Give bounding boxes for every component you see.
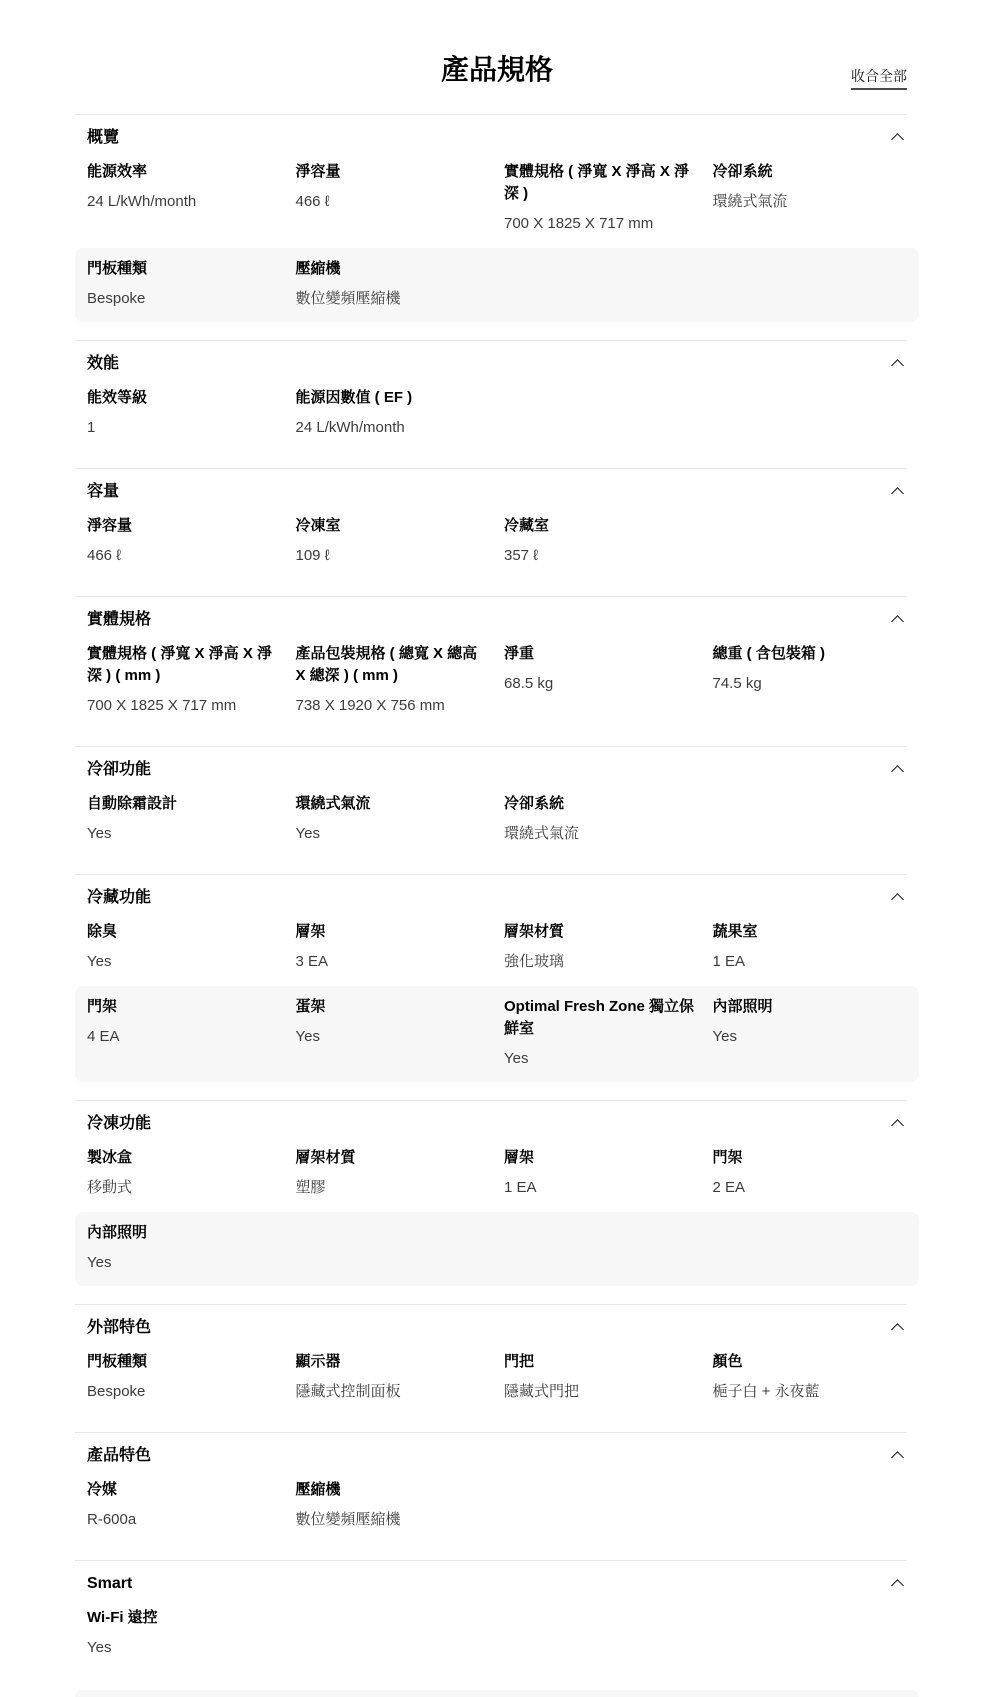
spec-label: 能效等級 [87, 387, 282, 409]
spec-label: 門板種類 [87, 1351, 282, 1373]
spec-label: 除臭 [87, 921, 282, 943]
table-row: 門板種類 Bespoke 顯示器 隱藏式控制面板 門把 隱藏式門把 顏色 梔子白… [75, 1347, 919, 1414]
spec-cell: Optimal Fresh Zone 獨立保鮮室 Yes [504, 996, 699, 1069]
spec-value: 梔子白 + 永夜藍 [713, 1381, 908, 1402]
spec-section: 冷卻功能 自動除霜設計 Yes 環繞式氣流 Yes 冷卻系統 環繞式氣流 [75, 746, 919, 874]
table-row: 門板種類 Bespoke 壓縮機 數位變頻壓縮機 [75, 248, 919, 322]
chevron-up-icon[interactable] [892, 1118, 905, 1130]
spec-label: 顏色 [713, 1351, 908, 1373]
chevron-up-icon[interactable] [892, 764, 905, 776]
spec-value: 466 ℓ [87, 545, 282, 566]
spec-cell: 製冰盒 移動式 [87, 1147, 282, 1198]
spec-value: Yes [87, 823, 282, 844]
spec-value: Yes [296, 823, 491, 844]
spec-value: 1 [87, 417, 282, 438]
spec-cell: 層架材質 強化玻璃 [504, 921, 699, 972]
spec-label: 壓縮機 [296, 258, 491, 280]
spec-cell: 能源效率 24 L/kWh/month [87, 161, 282, 234]
table-row: 實體規格 ( 淨寬 X 淨高 X 淨深 ) ( mm ) 700 X 1825 … [75, 639, 919, 728]
spec-label: 層架 [296, 921, 491, 943]
section-header-toggle[interactable]: 冷卻功能 [75, 747, 919, 789]
spec-label: 內部照明 [87, 1222, 282, 1244]
spec-section: 容量 淨容量 466 ℓ 冷凍室 109 ℓ 冷藏室 357 ℓ [75, 468, 919, 596]
spec-value: Yes [713, 1026, 908, 1047]
spec-label: 能源因數值 ( EF ) [296, 387, 491, 409]
spec-label: 層架材質 [504, 921, 699, 943]
spec-label: 壓縮機 [296, 1479, 491, 1501]
spec-label: 淨容量 [87, 515, 282, 537]
spec-cell: Wi-Fi 遠控 Yes [87, 1607, 282, 1658]
table-row: 淨容量 466 ℓ 冷凍室 109 ℓ 冷藏室 357 ℓ [75, 511, 919, 578]
spec-label: 門把 [504, 1351, 699, 1373]
section-rows: 除臭 Yes 層架 3 EA 層架材質 強化玻璃 蔬果室 1 EA 門架 4 E… [75, 917, 919, 1100]
section-title: 冷凍功能 [87, 1113, 151, 1135]
spec-cell: 冷媒 R-600a [87, 1479, 282, 1530]
spec-cell: 壓縮機 數位變頻壓縮機 [296, 1479, 491, 1530]
section-rows: 冷媒 R-600a 壓縮機 數位變頻壓縮機 [75, 1475, 919, 1560]
spec-cell: 環繞式氣流 Yes [296, 793, 491, 844]
section-header-toggle[interactable]: 容量 [75, 469, 919, 511]
spec-label: 層架 [504, 1147, 699, 1169]
spec-value: 數位變頻壓縮機 [296, 288, 491, 309]
spec-label: 淨容量 [296, 161, 491, 183]
spec-cell: 壓縮機 數位變頻壓縮機 [296, 258, 491, 309]
spec-cell: 除臭 Yes [87, 921, 282, 972]
spec-value: 3 EA [296, 951, 491, 972]
spec-cell: 內部照明 Yes [87, 1222, 282, 1273]
spec-value: 700 X 1825 X 717 mm [87, 695, 282, 716]
spec-value: 700 X 1825 X 717 mm [504, 213, 699, 234]
spec-cell: 內部照明 Yes [713, 996, 908, 1069]
table-row: 製冰盒 移動式 層架材質 塑膠 層架 1 EA 門架 2 EA [75, 1143, 919, 1210]
spec-label: 實體規格 ( 淨寬 X 淨高 X 淨深 ) ( mm ) [87, 643, 282, 687]
spec-cell: 實體規格 ( 淨寬 X 淨高 X 淨深 ) 700 X 1825 X 717 m… [504, 161, 699, 234]
spec-label: Optimal Fresh Zone 獨立保鮮室 [504, 996, 699, 1040]
spec-section: 外部特色 門板種類 Bespoke 顯示器 隱藏式控制面板 門把 隱藏式門把 顏… [75, 1304, 919, 1432]
spec-cell: 總重 ( 含包裝箱 ) 74.5 kg [713, 643, 908, 716]
spec-cell: 淨重 68.5 kg [504, 643, 699, 716]
spec-label: 實體規格 ( 淨寬 X 淨高 X 淨深 ) [504, 161, 699, 205]
spec-value: Yes [87, 1252, 282, 1273]
spec-section: 冷凍功能 製冰盒 移動式 層架材質 塑膠 層架 1 EA 門架 2 EA 內部照… [75, 1100, 919, 1304]
spec-cell: 冷卻系統 環繞式氣流 [713, 161, 908, 234]
spec-label: 總重 ( 含包裝箱 ) [713, 643, 908, 665]
spec-section: 冷藏功能 除臭 Yes 層架 3 EA 層架材質 強化玻璃 蔬果室 1 EA 門… [75, 874, 919, 1100]
section-header-toggle[interactable]: Smart [75, 1561, 919, 1603]
spec-label: 產品包裝規格 ( 總寬 X 總高 X 總深 ) ( mm ) [296, 643, 491, 687]
sections-root: 概覽 能源效率 24 L/kWh/month 淨容量 466 ℓ 實體規格 ( … [75, 114, 919, 1688]
section-header-toggle[interactable]: 外部特色 [75, 1305, 919, 1347]
spec-value: Bespoke [87, 288, 282, 309]
spec-value: 塑膠 [296, 1177, 491, 1198]
section-rows: 實體規格 ( 淨寬 X 淨高 X 淨深 ) ( mm ) 700 X 1825 … [75, 639, 919, 746]
spec-cell: 淨容量 466 ℓ [87, 515, 282, 566]
collapse-all-link[interactable]: 收合全部 [851, 67, 907, 90]
spec-cell: 層架材質 塑膠 [296, 1147, 491, 1198]
table-row: 能源效率 24 L/kWh/month 淨容量 466 ℓ 實體規格 ( 淨寬 … [75, 157, 919, 246]
table-row: 除臭 Yes 層架 3 EA 層架材質 強化玻璃 蔬果室 1 EA [75, 917, 919, 984]
spec-value: 數位變頻壓縮機 [296, 1509, 491, 1530]
spec-value: 隱藏式控制面板 [296, 1381, 491, 1402]
section-rows: 製冰盒 移動式 層架材質 塑膠 層架 1 EA 門架 2 EA 內部照明 Yes [75, 1143, 919, 1304]
table-row: 門架 4 EA 蛋架 Yes Optimal Fresh Zone 獨立保鮮室 … [75, 986, 919, 1082]
spec-cell: 冷藏室 357 ℓ [504, 515, 699, 566]
spec-section: 效能 能效等級 1 能源因數值 ( EF ) 24 L/kWh/month [75, 340, 919, 468]
spec-cell: 門板種類 Bespoke [87, 258, 282, 309]
spec-cell: 蛋架 Yes [296, 996, 491, 1069]
section-title: 概覽 [87, 127, 119, 149]
spec-label: 層架材質 [296, 1147, 491, 1169]
page-title: 產品規格 [75, 52, 919, 88]
table-row: 自動除霜設計 Yes 環繞式氣流 Yes 冷卻系統 環繞式氣流 [75, 789, 919, 856]
spec-page: 產品規格 收合全部 概覽 能源效率 24 L/kWh/month 淨容量 466… [75, 0, 919, 1697]
spec-label: 能源效率 [87, 161, 282, 183]
spec-value: 738 X 1920 X 756 mm [296, 695, 491, 716]
spec-value: 68.5 kg [504, 673, 699, 694]
section-header-toggle[interactable]: 產品特色 [75, 1433, 919, 1475]
spec-value: 24 L/kWh/month [296, 417, 491, 438]
spec-cell: 層架 3 EA [296, 921, 491, 972]
spec-cell: 冷卻系統 環繞式氣流 [504, 793, 699, 844]
spec-value: 環繞式氣流 [504, 823, 699, 844]
spec-label: 冷凍室 [296, 515, 491, 537]
section-header-toggle[interactable]: 冷凍功能 [75, 1101, 919, 1143]
section-rows: 淨容量 466 ℓ 冷凍室 109 ℓ 冷藏室 357 ℓ [75, 511, 919, 596]
spec-value: 強化玻璃 [504, 951, 699, 972]
spec-cell: 實體規格 ( 淨寬 X 淨高 X 淨深 ) ( mm ) 700 X 1825 … [87, 643, 282, 716]
spec-label: 冷媒 [87, 1479, 282, 1501]
spec-label: 內部照明 [713, 996, 908, 1018]
spec-value: 2 EA [713, 1177, 908, 1198]
section-title: 實體規格 [87, 609, 151, 631]
section-header-toggle[interactable]: 概覽 [75, 115, 919, 157]
table-row: 內部照明 Yes [75, 1212, 919, 1286]
section-title: 產品特色 [87, 1445, 151, 1467]
section-rows: 能效等級 1 能源因數值 ( EF ) 24 L/kWh/month [75, 383, 919, 468]
spec-label: 門架 [713, 1147, 908, 1169]
chevron-up-icon[interactable] [892, 892, 905, 904]
spec-section: Smart Wi-Fi 遠控 Yes [75, 1560, 919, 1688]
table-row: 能效等級 1 能源因數值 ( EF ) 24 L/kWh/month [75, 383, 919, 450]
spec-label: 蛋架 [296, 996, 491, 1018]
spec-value: 移動式 [87, 1177, 282, 1198]
spec-cell: 顯示器 隱藏式控制面板 [296, 1351, 491, 1402]
section-title: 冷卻功能 [87, 759, 151, 781]
section-rows: Wi-Fi 遠控 Yes [75, 1603, 919, 1688]
spec-value: 109 ℓ [296, 545, 491, 566]
table-row: 冷媒 R-600a 壓縮機 數位變頻壓縮機 [75, 1475, 919, 1542]
page-header: 產品規格 收合全部 [75, 0, 919, 114]
spec-value: 74.5 kg [713, 673, 908, 694]
section-title: 外部特色 [87, 1317, 151, 1339]
spec-cell: 門架 2 EA [713, 1147, 908, 1198]
spec-cell: 門把 隱藏式門把 [504, 1351, 699, 1402]
spec-label: 蔬果室 [713, 921, 908, 943]
spec-cell: 自動除霜設計 Yes [87, 793, 282, 844]
spec-label: 冷卻系統 [504, 793, 699, 815]
chevron-up-icon[interactable] [892, 614, 905, 626]
spec-value: Yes [504, 1048, 699, 1069]
spec-cell: 門架 4 EA [87, 996, 282, 1069]
spec-value: 357 ℓ [504, 545, 699, 566]
spec-cell: 冷凍室 109 ℓ [296, 515, 491, 566]
spec-cell: 蔬果室 1 EA [713, 921, 908, 972]
spec-value: Yes [87, 1637, 282, 1658]
spec-value: R-600a [87, 1509, 282, 1530]
chevron-up-icon[interactable] [892, 358, 905, 370]
spec-label: 門架 [87, 996, 282, 1018]
section-title: Smart [87, 1573, 132, 1595]
spec-value: 1 EA [713, 951, 908, 972]
spec-label: 製冰盒 [87, 1147, 282, 1169]
chevron-up-icon[interactable] [892, 132, 905, 144]
spec-cell: 能源因數值 ( EF ) 24 L/kWh/month [296, 387, 491, 438]
spec-value: 環繞式氣流 [713, 191, 908, 212]
chevron-up-icon[interactable] [892, 486, 905, 498]
spec-label: 冷卻系統 [713, 161, 908, 183]
chevron-up-icon[interactable] [892, 1450, 905, 1462]
spec-value: 1 EA [504, 1177, 699, 1198]
section-header-toggle[interactable]: 實體規格 [75, 597, 919, 639]
spec-label: 顯示器 [296, 1351, 491, 1373]
section-rows: 自動除霜設計 Yes 環繞式氣流 Yes 冷卻系統 環繞式氣流 [75, 789, 919, 874]
spec-label: 門板種類 [87, 258, 282, 280]
chevron-up-icon[interactable] [892, 1578, 905, 1590]
spec-cell: 產品包裝規格 ( 總寬 X 總高 X 總深 ) ( mm ) 738 X 192… [296, 643, 491, 716]
spec-value: Yes [296, 1026, 491, 1047]
spec-section: 實體規格 實體規格 ( 淨寬 X 淨高 X 淨深 ) ( mm ) 700 X … [75, 596, 919, 746]
spec-cell: 淨容量 466 ℓ [296, 161, 491, 234]
spec-section: 概覽 能源效率 24 L/kWh/month 淨容量 466 ℓ 實體規格 ( … [75, 114, 919, 340]
section-title: 冷藏功能 [87, 887, 151, 909]
spec-cell: 門板種類 Bespoke [87, 1351, 282, 1402]
spec-label: 冷藏室 [504, 515, 699, 537]
section-header-toggle[interactable]: 冷藏功能 [75, 875, 919, 917]
spec-value: 隱藏式門把 [504, 1381, 699, 1402]
section-title: 容量 [87, 481, 119, 503]
spec-label: Wi-Fi 遠控 [87, 1607, 282, 1629]
spec-section: 產品特色 冷媒 R-600a 壓縮機 數位變頻壓縮機 [75, 1432, 919, 1560]
spec-label: 淨重 [504, 643, 699, 665]
spec-value: 4 EA [87, 1026, 282, 1047]
spec-value: 466 ℓ [296, 191, 491, 212]
section-rows: 能源效率 24 L/kWh/month 淨容量 466 ℓ 實體規格 ( 淨寬 … [75, 157, 919, 340]
spec-value: Bespoke [87, 1381, 282, 1402]
spec-cell: 層架 1 EA [504, 1147, 699, 1198]
spec-label: 自動除霜設計 [87, 793, 282, 815]
section-header-toggle[interactable]: 效能 [75, 341, 919, 383]
table-row: Wi-Fi 遠控 Yes [75, 1603, 919, 1670]
section-rows: 門板種類 Bespoke 顯示器 隱藏式控制面板 門把 隱藏式門把 顏色 梔子白… [75, 1347, 919, 1432]
spec-value: 24 L/kWh/month [87, 191, 282, 212]
spec-cell: 顏色 梔子白 + 永夜藍 [713, 1351, 908, 1402]
spec-value: Yes [87, 951, 282, 972]
partial-next-row [75, 1690, 919, 1697]
spec-label: 環繞式氣流 [296, 793, 491, 815]
chevron-up-icon[interactable] [892, 1322, 905, 1334]
spec-cell: 能效等級 1 [87, 387, 282, 438]
section-title: 效能 [87, 353, 119, 375]
